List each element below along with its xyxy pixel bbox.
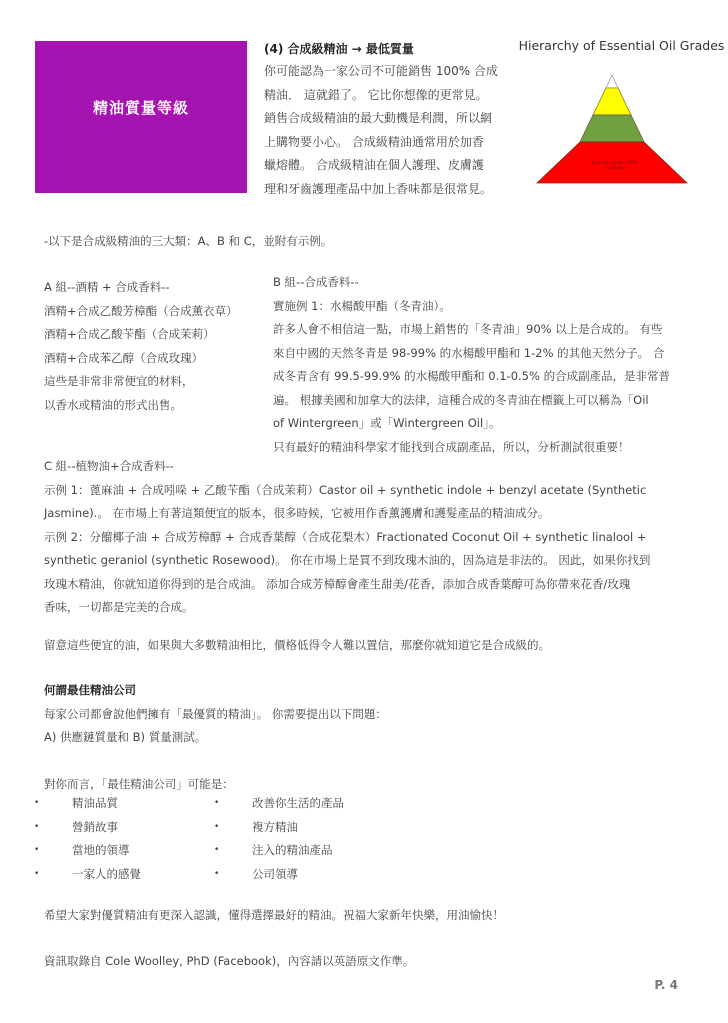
list-item: 營銷故事: [62, 816, 202, 840]
group-b-line: 成冬青含有 99.5-99.9% 的水楊酸甲酯和 0.1-0.5% 的合成副產品…: [273, 365, 670, 389]
list-row: • 一家人的感覺 • 公司領導: [22, 863, 382, 887]
bullet-icon: •: [202, 863, 242, 887]
best-company-line: A) 供應鏈質量和 B) 質量測試。: [44, 726, 387, 750]
group-a-line: 這些是非常非常便宜的材料，: [44, 370, 238, 394]
section-heading: (4) 合成級精油 → 最低質量: [264, 40, 514, 58]
group-b-line: 實施例 1：水楊酸甲酯（冬青油）。: [273, 295, 670, 319]
group-b-line: B 組--合成香料--: [273, 271, 670, 295]
list-item: 精油品質: [62, 792, 202, 816]
group-a-line: 酒精+合成苯乙醇（合成玫瑰）: [44, 347, 238, 371]
list-row: • 精油品質 • 改善你生活的產品: [22, 792, 382, 816]
intro-section: (4) 合成級精油 → 最低質量 你可能認為一家公司不可能銷售 100% 合成 …: [264, 40, 514, 201]
chart-title: Hierarchy of Essential Oil Grades: [515, 38, 728, 53]
group-b-line: 遍。 根據美國和加拿大的法律，這種合成的冬青油在標籤上可以稱為「Oil: [273, 389, 670, 413]
group-b: B 組--合成香料-- 實施例 1：水楊酸甲酯（冬青油）。 許多人會不相信這一點…: [273, 271, 670, 459]
bullet-icon: •: [202, 839, 242, 863]
intro-line: 銷售合成級精油的最大動機是利潤，所以網: [264, 107, 514, 131]
list-item: 公司領導: [242, 863, 382, 887]
group-c-line: 示例 1：蓖麻油 + 合成吲哚 + 乙酸苄酯（合成茉莉）Castor oil +…: [44, 479, 650, 503]
group-c-line: Jasmine).。 在市場上有著這類便宜的版本，很多時候，它被用作香薰護膚和護…: [44, 502, 650, 526]
categories-intro: -以下是合成級精油的三大類：A、B 和 C，並附有示例。: [44, 230, 332, 254]
warning-text: 留意這些便宜的油，如果與大多數精油相比，價格低得令人難以置信，那麼你就知道它是合…: [44, 634, 550, 658]
source-credit: 資訊取錄自 Cole Woolley, PhD (Facebook)，內容請以英…: [44, 950, 414, 974]
list-item: 複方精油: [242, 816, 382, 840]
group-a-line: 以香水或精油的形式出售。: [44, 394, 238, 418]
group-a-line: A 組--酒精 + 合成香料--: [44, 276, 238, 300]
group-b-line: 許多人會不相信這一點，市場上銷售的「冬青油」90% 以上是合成的。 有些: [273, 318, 670, 342]
group-b-line: 來自中國的天然冬青是 98-99% 的水楊酸甲酯和 1-2% 的其他天然分子。 …: [273, 342, 670, 366]
group-c: C 組--植物油+合成香料-- 示例 1：蓖麻油 + 合成吲哚 + 乙酸苄酯（合…: [44, 455, 650, 620]
best-company-heading: 何謂最佳精油公司: [44, 679, 387, 703]
pyramid-graphic: [515, 56, 728, 191]
page-number: P. 4: [654, 978, 678, 992]
bullet-icon: •: [22, 863, 62, 887]
title-banner: 精油質量等級: [35, 41, 247, 193]
pyramid-level-top: [606, 75, 618, 88]
bullet-icon: •: [22, 816, 62, 840]
pyramid-level-2: [593, 88, 631, 115]
bullet-icon: •: [202, 792, 242, 816]
bullet-icon: •: [202, 816, 242, 840]
group-a: A 組--酒精 + 合成香料-- 酒精+合成乙酸芳樟酯（合成薰衣草） 酒精+合成…: [44, 276, 238, 417]
group-b-line: of Wintergreen」或「Wintergreen Oil」。: [273, 412, 670, 436]
bullet-icon: •: [22, 792, 62, 816]
list-item: 一家人的感覺: [62, 863, 202, 887]
intro-line: 蠟熔體。 合成級精油在個人護理、皮膚護: [264, 154, 514, 178]
intro-line: 精油． 這就錯了。 它比你想像的更常見。: [264, 84, 514, 108]
best-company-list: • 精油品質 • 改善你生活的產品 • 營銷故事 • 複方精油 • 當地的領導 …: [22, 792, 382, 886]
grade-pyramid-chart: Hierarchy of Essential Oil Grades Synthe…: [515, 38, 728, 188]
list-row: • 營銷故事 • 複方精油: [22, 816, 382, 840]
best-company-section: 何謂最佳精油公司 每家公司都會說他們擁有「最優質的精油」。 你需要提出以下問題：…: [44, 679, 387, 796]
group-c-line: 玫瑰木精油，你就知道你得到的是合成油。 添加合成芳樟醇會產生甜美/花香，添加合成…: [44, 573, 650, 597]
intro-line: 理和牙齒護理產品中加上香味都是很常見。: [264, 178, 514, 202]
banner-title: 精油質量等級: [93, 97, 189, 118]
group-c-line: 香味，一切都是完美的合成。: [44, 596, 650, 620]
intro-line: 你可能認為一家公司不可能銷售 100% 合成: [264, 60, 514, 84]
list-row: • 當地的領導 • 注入的精油產品: [22, 839, 382, 863]
pyramid-bottom-label: Synthetic Grade (100% Synthetic): [585, 160, 645, 170]
bullet-icon: •: [22, 839, 62, 863]
group-c-line: 示例 2：分餾椰子油 + 合成芳樟醇 + 合成香葉醇（合成花梨木）Fractio…: [44, 526, 650, 550]
group-c-line: C 組--植物油+合成香料--: [44, 455, 650, 479]
list-item: 當地的領導: [62, 839, 202, 863]
group-a-line: 酒精+合成乙酸苄酯（合成茉莉）: [44, 323, 238, 347]
pyramid-level-3: [580, 115, 644, 142]
group-c-line: synthetic geraniol (synthetic Rosewood)。…: [44, 549, 650, 573]
list-item: 改善你生活的產品: [242, 792, 382, 816]
best-company-line: 每家公司都會說他們擁有「最優質的精油」。 你需要提出以下問題：: [44, 703, 387, 727]
intro-line: 上購物要小心。 合成級精油通常用於加香: [264, 131, 514, 155]
group-a-line: 酒精+合成乙酸芳樟酯（合成薰衣草）: [44, 300, 238, 324]
list-item: 注入的精油產品: [242, 839, 382, 863]
closing-text: 希望大家對優質精油有更深入認識，懂得選擇最好的精油。祝福大家新年快樂，用油愉快！: [44, 904, 504, 928]
